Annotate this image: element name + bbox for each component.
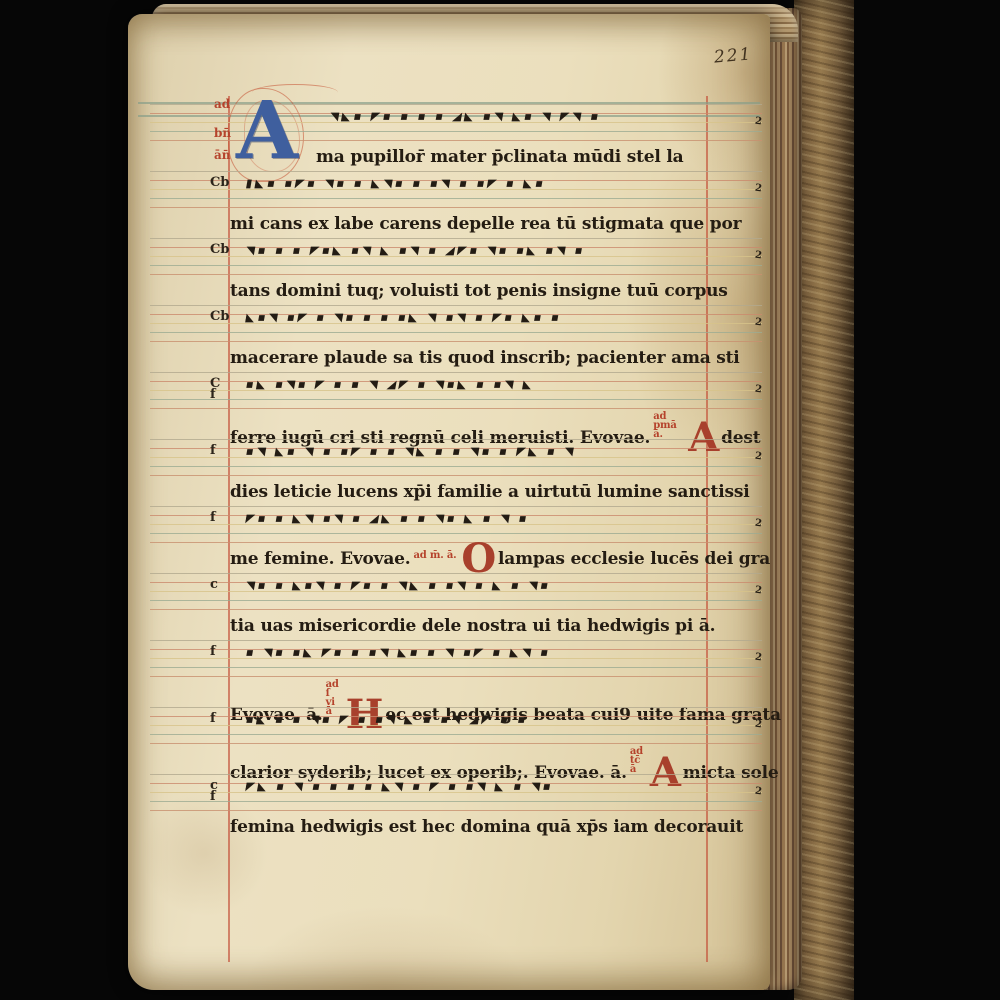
chant-text-line: tia uas misericordie dele nostra ui tia … (230, 613, 762, 639)
neume-row: ▪◥ ◣▪ ◥ ▪ ▪◤ ▪ ▪ ◥◣ ▪ ▪ ◥▪ ▪ ◤◣ ▪ ◥ (245, 444, 749, 458)
chant-text-line: me femine. Evovae.ad m̄. ā.Olampas eccle… (230, 546, 762, 572)
rubric-label: ad tc̄ ā (630, 747, 645, 774)
music-system: f ▪◣ ▪ ▪ ◥▪ ◤ ▪ ▪◥ ◣ ▪ ▪◥ ◢◤ ▪ ▪ 2 clari… (150, 707, 762, 773)
neume-row: ◥▪ ▪ ◣▪◥ ▪ ◤▪ ▪ ◥◣ ▪ ▪◥ ▪ ◣ ▪ ◥▪ (245, 578, 749, 592)
chant-text: femina hedwigis est hec domina quā xp̄s … (230, 817, 743, 837)
clef-letters: Cb (210, 311, 224, 322)
rubric-label: ad m̄. ā. (414, 551, 457, 560)
chant-text-line: mi cans ex labe carens depelle rea tū st… (230, 211, 762, 237)
neume-row: ◥▪ ▪ ▪ ◤▪◣ ▪◥ ◣ ▪◥ ▪ ◢◤▪ ◥▪ ▪◣ ▪◥ ▪ (245, 243, 749, 257)
neume-row: ▪◣ ▪ ▪ ◥▪ ◤ ▪ ▪◥ ◣ ▪ ▪◥ ◢◤ ▪ ▪ (245, 712, 749, 726)
music-system: Cb ◥▪ ▪ ▪ ◤▪◣ ▪◥ ◣ ▪◥ ▪ ◢◤▪ ◥▪ ▪◣ ▪◥ ▪ 2… (150, 238, 762, 304)
clef-letters: f (210, 646, 224, 657)
music-system: f ▪◥ ◣▪ ◥ ▪ ▪◤ ▪ ▪ ◥◣ ▪ ▪ ◥▪ ▪ ◤◣ ▪ ◥ 2 … (150, 439, 762, 505)
manuscript-photo: 221 ad bn̄ ān̄ A ◥◣▪ ◤▪ ▪ ▪ ▪ ◢◣ ▪◥ ◣▪ ◥… (0, 0, 1000, 1000)
chant-text-line: dies leticie lucens xp̄i familie a uirtu… (230, 479, 762, 505)
clef-letters: c (210, 579, 224, 590)
chant-text: mi cans ex labe carens depelle rea tū st… (230, 214, 741, 234)
clef-letters: f (210, 445, 224, 456)
chant-text-line: tans domini tuq; voluisti tot penis insi… (230, 278, 762, 304)
chant-text-line: femina hedwigis est hec domina quā xp̄s … (230, 814, 762, 840)
music-system: c ◥▪ ▪ ◣▪◥ ▪ ◤▪ ▪ ◥◣ ▪ ▪◥ ▪ ◣ ▪ ◥▪ 2 tia… (150, 573, 762, 639)
clef-letters: C f (210, 378, 224, 400)
chant-text: tans domini tuq; voluisti tot penis insi… (230, 281, 728, 301)
decorated-initial: A (236, 92, 298, 168)
music-system: C f ▪◣ ▪◥▪ ◤ ▪ ▪ ◥ ◢◤ ▪ ◥▪◣ ▪ ▪◥ ◣ 2 fer… (150, 372, 762, 438)
margin-rubric: bn̄ (214, 126, 231, 140)
rubric-label: ad pmā ā. (653, 412, 683, 439)
neume-row: ◤▪ ▪ ◣◥ ▪◥ ▪ ◢◣ ▪ ▪ ◥▪ ◣ ▪ ◥ ▪ (245, 511, 749, 525)
chant-text: macerare plaude sa tis quod inscrib; pac… (230, 348, 740, 368)
neume-row: ▪◣ ▪◥▪ ◤ ▪ ▪ ◥ ◢◤ ▪ ◥▪◣ ▪ ▪◥ ◣ (245, 377, 749, 391)
music-system: f ▪ ◥▪ ▪◣ ◤▪ ▪ ▪◥ ◣▪ ▪ ◥ ▪◤ ▪ ◣◥ ▪ 2 Evo… (150, 640, 762, 706)
margin-rubric: ān̄ (214, 148, 231, 162)
folio-number: 221 (713, 44, 753, 67)
music-system: Cb ◣▪◥ ▪◤ ▪ ◥▪ ▪ ▪ ▪◣ ◥ ▪◥ ▪ ◤▪ ◣▪ ▪ 2 m… (150, 305, 762, 371)
clef-letters: c f (210, 780, 224, 802)
chant-text: dies leticie lucens xp̄i familie a uirtu… (230, 482, 749, 502)
clef-letters: Cb (210, 177, 224, 188)
chant-text: ma pupillor̄ mater p̄clinata mūdi stel l… (316, 147, 683, 167)
neume-row: ◤◣ ▪ ◥ ▪ ▪ ▪ ▪ ◣◥ ▪ ◤ ▪ ▪◥ ◣ ▪ ◥▪ (245, 779, 749, 793)
neume-row: ◥◣▪ ◤▪ ▪ ▪ ▪ ◢◣ ▪◥ ◣▪ ◥ ◤◥ ▪ (329, 109, 749, 123)
music-system: c f ◤◣ ▪ ◥ ▪ ▪ ▪ ▪ ◣◥ ▪ ◤ ▪ ▪◥ ◣ ▪ ◥▪ 2 … (150, 774, 762, 840)
clef-letters: f (210, 713, 224, 724)
music-system: Cb ▮◣▪ ▪◤▪ ◥▪ ▪ ◣◥▪ ▪ ▪◥ ▪ ▪◤ ▪ ◣▪ 2 mi … (150, 171, 762, 237)
clef-letters: Cb (210, 244, 224, 255)
chant-text: lampas ecclesie lucēs dei gra (498, 549, 770, 569)
neume-row: ◣▪◥ ▪◤ ▪ ◥▪ ▪ ▪ ▪◣ ◥ ▪◥ ▪ ◤▪ ◣▪ ▪ (245, 310, 749, 324)
chant-text: tia uas misericordie dele nostra ui tia … (230, 616, 715, 636)
margin-rubric: ad (214, 97, 230, 111)
chant-text-line: macerare plaude sa tis quod inscrib; pac… (230, 345, 762, 371)
neume-row: ▪ ◥▪ ▪◣ ◤▪ ▪ ▪◥ ◣▪ ▪ ◥ ▪◤ ▪ ◣◥ ▪ (245, 645, 749, 659)
neume-row: ▮◣▪ ▪◤▪ ◥▪ ▪ ◣◥▪ ▪ ▪◥ ▪ ▪◤ ▪ ◣▪ (245, 176, 749, 190)
music-system: f ◤▪ ▪ ◣◥ ▪◥ ▪ ◢◣ ▪ ▪ ◥▪ ◣ ▪ ◥ ▪ 2 me fe… (150, 506, 762, 572)
chant-text-line: ma pupillor̄ mater p̄clinata mūdi stel l… (230, 144, 848, 170)
chant-text: me femine. Evovae. (230, 549, 411, 569)
clef-letters: f (210, 512, 224, 523)
